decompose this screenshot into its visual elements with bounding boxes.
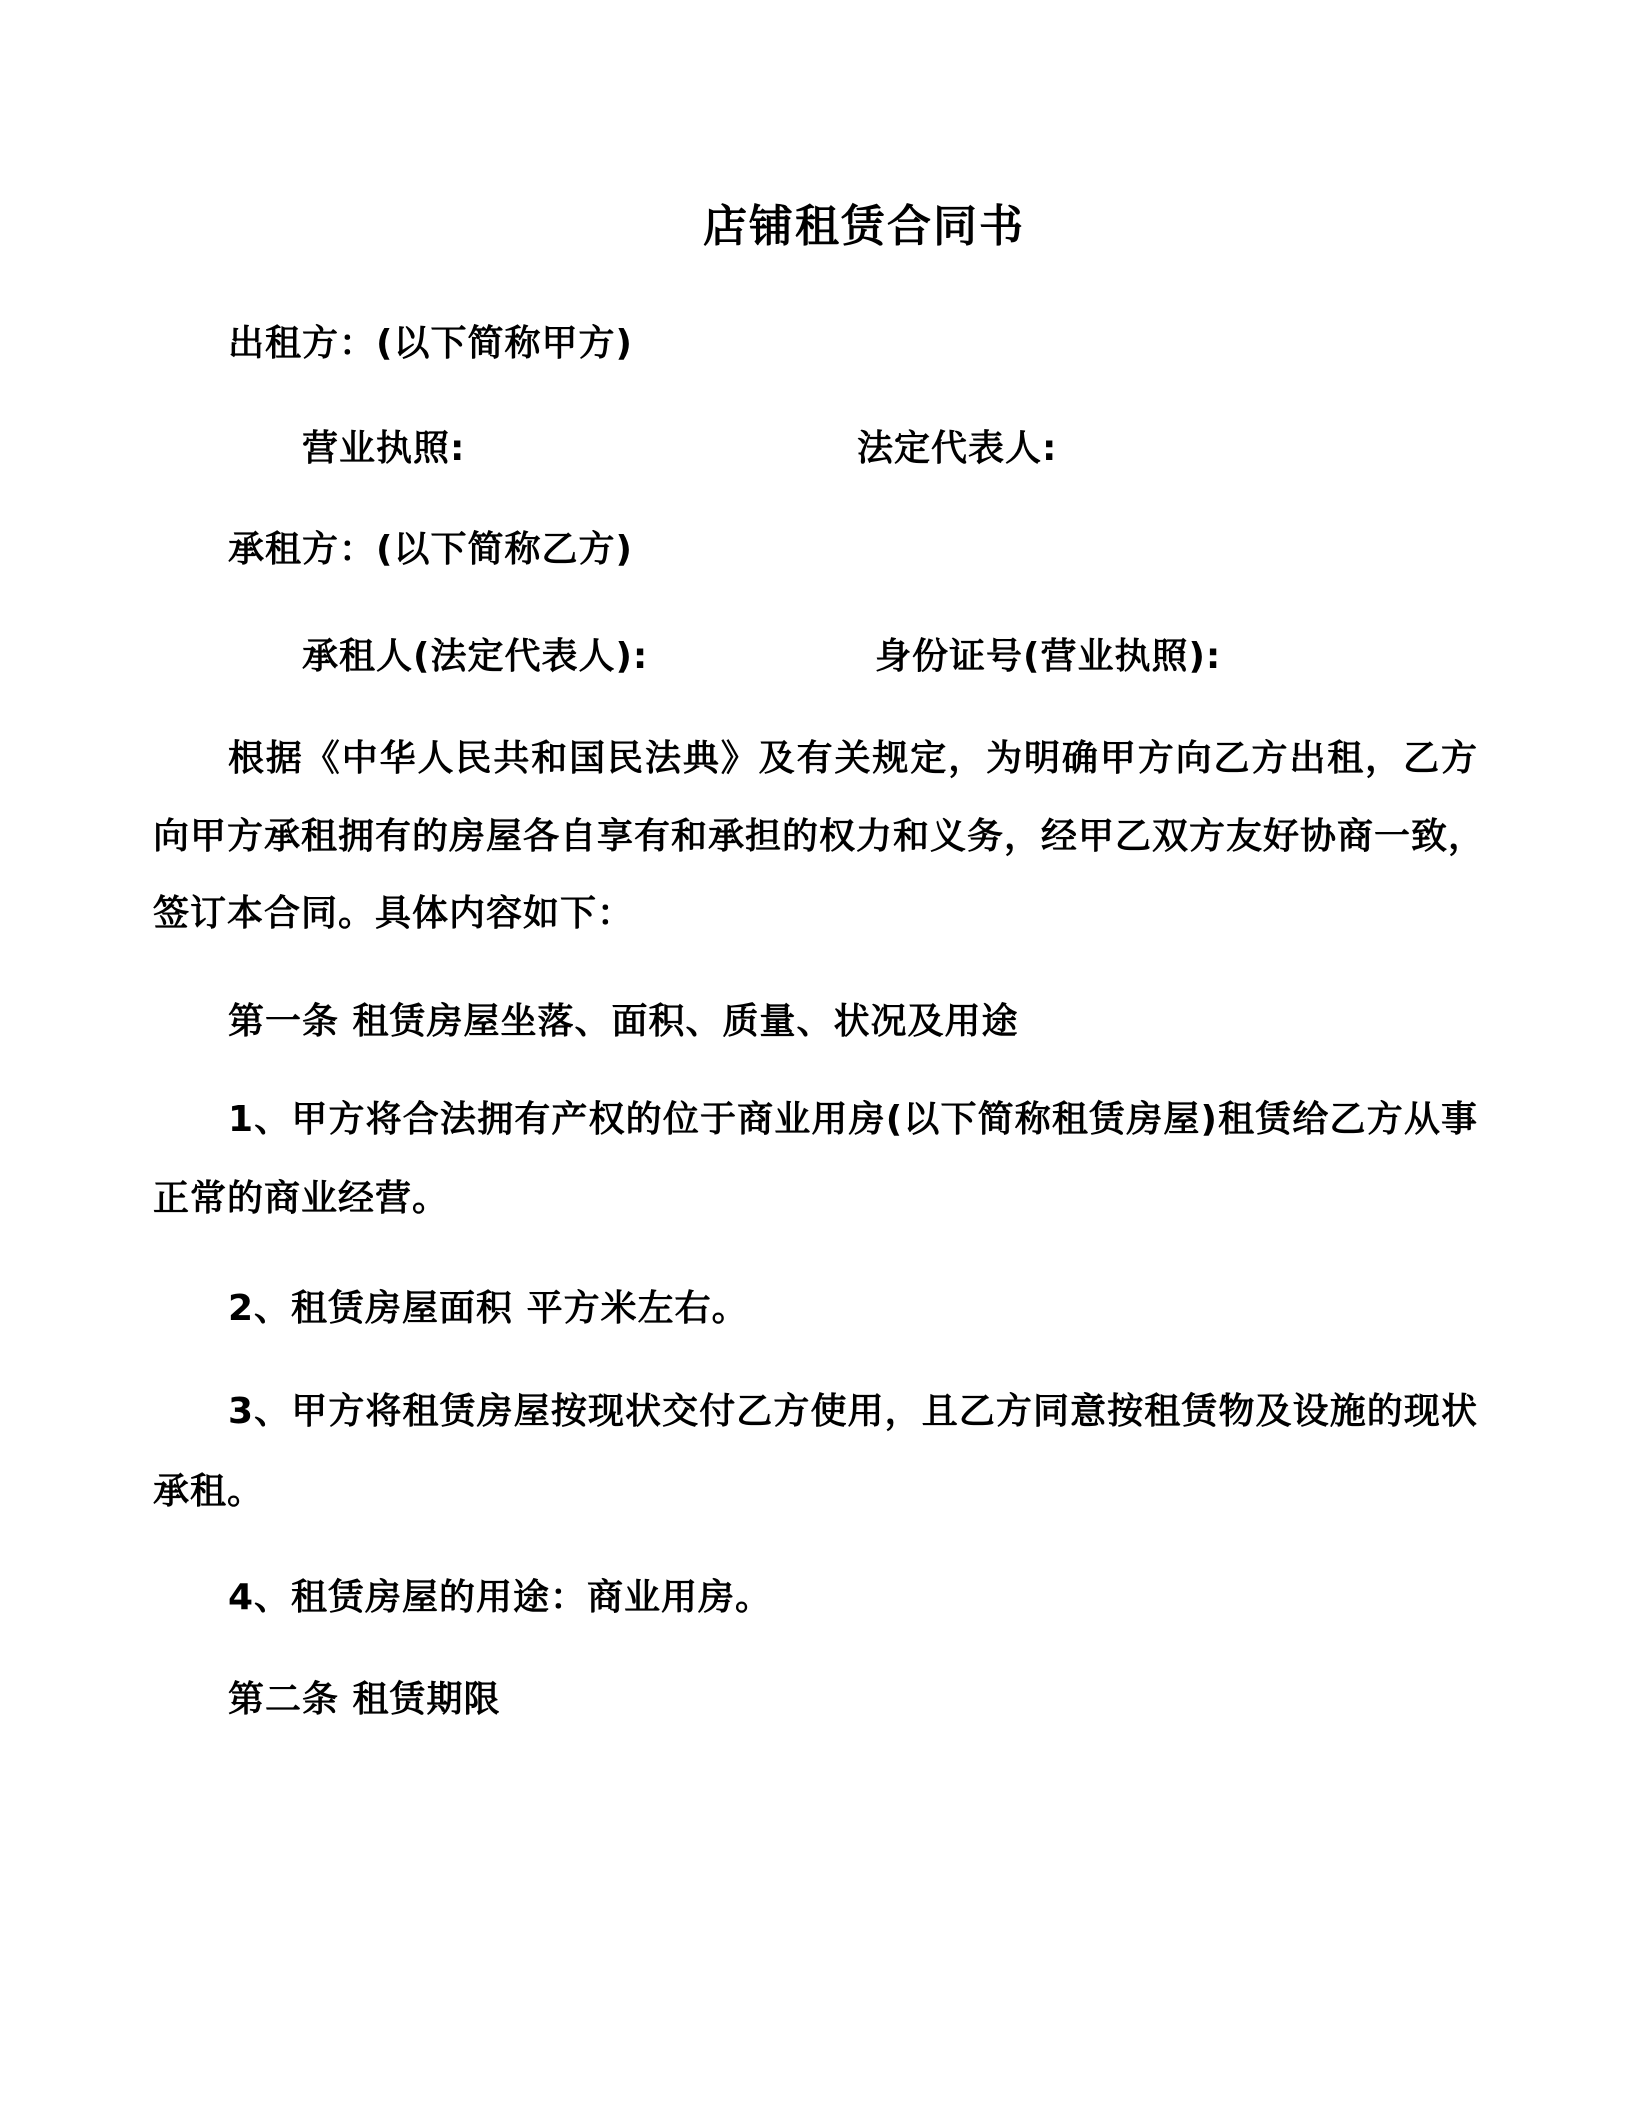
article-1-clause-4: 4、租赁房屋的用途：商业用房。: [228, 1576, 772, 1620]
id-number-label: 身份证号(营业执照):: [875, 635, 1221, 679]
business-license-label: 营业执照:: [302, 427, 465, 471]
article-1-clause-1-line-1: 1、甲方将合法拥有产权的位于商业用房(以下简称租赁房屋)租赁给乙方从事: [228, 1098, 1478, 1142]
legal-representative-label: 法定代表人:: [857, 427, 1057, 471]
article-1-clause-3-line-2: 承租。: [153, 1470, 264, 1514]
document-page: 店铺租赁合同书 出租方：(以下简称甲方) 营业执照: 法定代表人: 承租方：(以…: [0, 0, 1632, 2112]
preamble-line-1: 根据《中华人民共和国民法典》及有关规定，为明确甲方向乙方出租，乙方: [228, 737, 1478, 781]
document-title: 店铺租赁合同书: [0, 200, 1632, 254]
lessee-person-label: 承租人(法定代表人):: [302, 635, 648, 679]
article-1-clause-2: 2、租赁房屋面积 平方米左右。: [228, 1287, 749, 1331]
article-1-heading: 第一条 租赁房屋坐落、面积、质量、状况及用途: [228, 1000, 1019, 1044]
article-1-clause-1-line-2: 正常的商业经营。: [153, 1177, 449, 1221]
lessee-line: 承租方：(以下简称乙方): [228, 528, 633, 572]
article-1-clause-3-line-1: 3、甲方将租赁房屋按现状交付乙方使用，且乙方同意按租赁物及设施的现状: [228, 1390, 1478, 1434]
lessor-line: 出租方：(以下简称甲方): [228, 322, 633, 366]
preamble-line-3: 签订本合同。具体内容如下：: [153, 892, 634, 936]
preamble-line-2: 向甲方承租拥有的房屋各自享有和承担的权力和义务，经甲乙双方友好协商一致，: [153, 815, 1478, 859]
article-2-heading: 第二条 租赁期限: [228, 1678, 501, 1722]
